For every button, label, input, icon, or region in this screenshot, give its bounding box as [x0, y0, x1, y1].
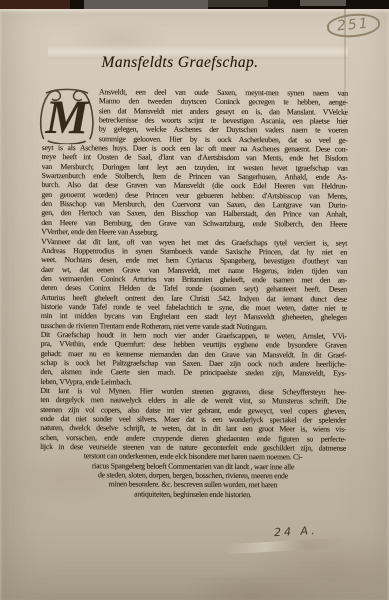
- signature-mark: 24 A.: [274, 524, 318, 539]
- photo-background-patch: [0, 0, 70, 9]
- dropcap-initial: M: [38, 87, 96, 144]
- text-line: antiquiteiten, beghinselen ende historie…: [40, 489, 346, 500]
- text-block: M Ansveldt, een deel van oude Saxen, mey…: [40, 87, 348, 500]
- book-page: 251 Mansfeldts Graefschap. M Ansveldt, e…: [0, 9, 389, 600]
- text-line: terstont can onderkennen, ende elck biso…: [40, 451, 346, 462]
- paragraph: Dit Graefschap houdt in hem noch vier an…: [40, 330, 346, 388]
- paragraph: VVanneer dat dit lant, oft van wyen het …: [41, 236, 347, 331]
- book-page-photo: 251 Mansfeldts Graefschap. M Ansveldt, e…: [0, 0, 389, 600]
- photo-background-patch: [300, 0, 346, 6]
- photo-background-patch: [208, 0, 268, 7]
- paragraph: Dit lant is vol Mynen. Hier worden steen…: [40, 386, 347, 500]
- page-title: Mansfeldts Graefschap.: [42, 54, 318, 72]
- svg-text:M: M: [44, 91, 90, 144]
